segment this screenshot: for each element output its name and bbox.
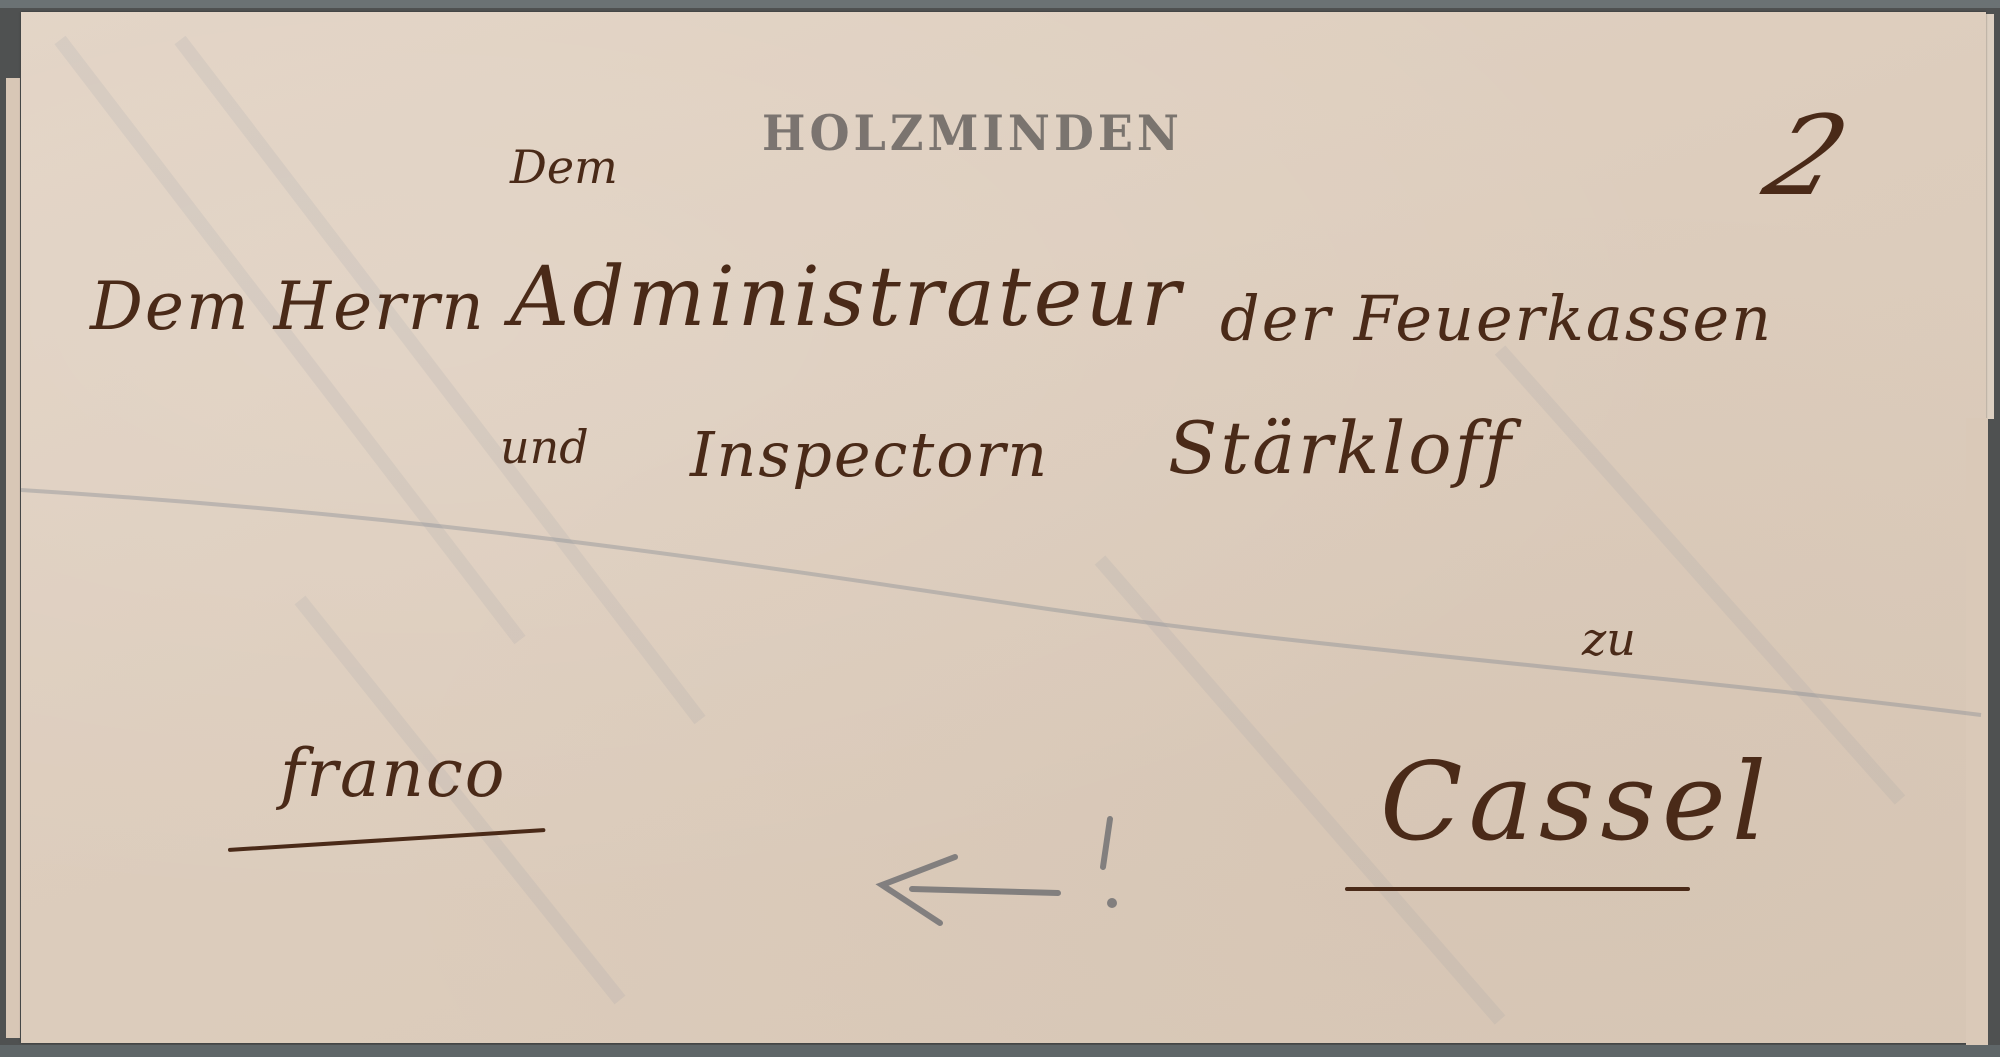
paper-fold-edge xyxy=(1966,418,1988,1045)
address-line2-title: Inspectorn xyxy=(690,418,1049,491)
scan-stage: HOLZMINDEN 2 Dem Dem Herrn Administrateu… xyxy=(0,0,2000,1057)
mount-bottom-edge xyxy=(0,1045,2000,1057)
address-line2-conjunction: und xyxy=(500,420,589,474)
address-line2-name: Stärkloff xyxy=(1168,406,1514,490)
address-line1-title: Administrateur xyxy=(510,250,1183,345)
franco-note: franco xyxy=(280,735,507,812)
pencil-exclamation-dot xyxy=(1107,898,1117,908)
holzminden-postmark: HOLZMINDEN xyxy=(762,105,1183,162)
mount-top-edge xyxy=(0,0,2000,8)
address-place: Cassel xyxy=(1380,740,1772,865)
place-underline xyxy=(1345,887,1690,891)
address-line1-honorific: Dem Herrn xyxy=(90,268,486,345)
pencil-left-arrow-icon xyxy=(860,805,1140,945)
address-place-prefix: zu xyxy=(1582,612,1636,666)
address-salutation-top: Dem xyxy=(510,140,618,194)
back-leaf-left-edge xyxy=(6,78,20,1038)
address-line1-office: der Feuerkassen xyxy=(1220,282,1773,355)
